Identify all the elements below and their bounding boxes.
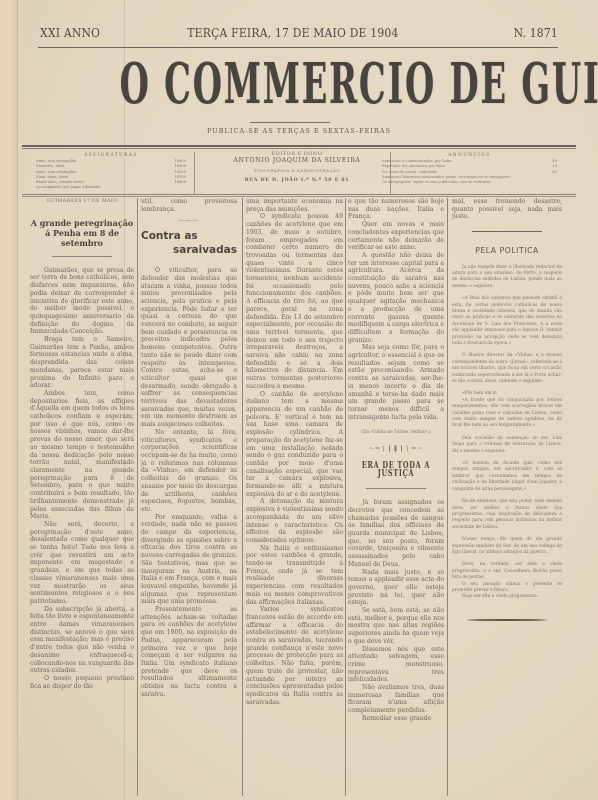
article-paragraph: O syndicato possue 49 canhões de acetyle… bbox=[246, 213, 343, 390]
masthead-rule bbox=[250, 122, 330, 123]
article-paragraph: Da subscripção já aberta, a feita tão li… bbox=[30, 606, 134, 675]
article-paragraph: Não avaliamos tres, duas numerosas famil… bbox=[348, 684, 444, 715]
article-paragraph: Hoje ser elle o chefe progressista. bbox=[452, 594, 562, 600]
article-paragraph: O viticultor, para se defender das moles… bbox=[141, 267, 237, 429]
headline-line-1: Contra as bbox=[141, 229, 237, 243]
article-paragraph: e que tão numerosos são hoje nas duas na… bbox=[348, 198, 444, 221]
article-continuation: util, como proveitosa lembrança. bbox=[141, 198, 237, 213]
dateline: GUIMARÃES 17 DE MAIO bbox=[30, 198, 134, 206]
info-rule-thin bbox=[22, 196, 576, 197]
article-paragraph: O canhão de acetylene italiano tem a mes… bbox=[246, 391, 343, 499]
editor-box: EDITOR E DONO ANTONIO JOAQUIM DA SILVEIR… bbox=[212, 152, 382, 183]
column-2: util, como proveitosa lembrança. ——— Con… bbox=[141, 198, 237, 798]
article-paragraph: A questão não deixa de ter um interesse … bbox=[348, 252, 444, 344]
article-paragraph: Mas seja como fôr, para o agricultor, o … bbox=[348, 344, 444, 421]
article-paragraph: Remediar esse grande bbox=[348, 715, 444, 723]
article-paragraph: Por emquanto, valha a verdade, nada não … bbox=[141, 514, 237, 606]
article-paragraph: «A Real não sabemos que piedade christã … bbox=[452, 296, 562, 347]
office-address: RUA DE D. JOÃO I.º N.º 59 E 61 bbox=[212, 178, 382, 183]
article-paragraph: No entanto, lá fóra, viticultores, syndi… bbox=[141, 429, 237, 514]
article-paragraph: Na Italia o enthusiasmo por estes canhõe… bbox=[246, 545, 343, 607]
article-paragraph: Não será, decerto, a peregrinação d'este… bbox=[30, 521, 134, 606]
headline-rule bbox=[52, 256, 112, 257]
article-paragraph: Pela occasião da nomeação do snr. Luiz V… bbox=[452, 436, 562, 455]
closing-flourish bbox=[467, 619, 547, 621]
article-paragraph: Já foram assignados os decretos que conc… bbox=[348, 499, 444, 568]
article-paragraph: Dissemos nós que este attentado selvagem… bbox=[348, 646, 444, 685]
article-paragraph: N'esse tempo, diz quem do em grande expr… bbox=[452, 537, 562, 556]
issue-number: N. 1871 bbox=[514, 26, 558, 40]
column-4: e que tão numerosos são hoje nas duas na… bbox=[348, 198, 444, 798]
article-paragraph: A detonação da mistura explosiva é viole… bbox=[246, 498, 343, 544]
article-source: (Da «Vinha de Torres Vedras».) bbox=[348, 429, 444, 437]
section-ornament: ~=❘❙❚❙❘=~ bbox=[348, 445, 444, 453]
article-headline-saraivadas: Contra as saraivadas bbox=[141, 229, 237, 257]
subscription-price: 1$600 bbox=[175, 180, 186, 185]
article-paragraph: Guimarães, que se presa de ser terra de … bbox=[30, 267, 134, 336]
article-paragraph: «A fronte que foi conquistada por nobres… bbox=[452, 398, 562, 430]
column-3: uma importante economia na preça das mun… bbox=[246, 198, 343, 798]
article-paragraph: Braga tem o Sameiro, Guimarães tem a Pen… bbox=[30, 336, 134, 390]
ad-rate-price: 60 bbox=[552, 170, 557, 175]
section-rule bbox=[472, 231, 542, 232]
article-paragraph: «O homem da Alcaide quiz, como nos tempo… bbox=[452, 461, 562, 493]
header-topline: XXI ANNO TERÇA FEIRA, 17 DE MAIO DE 1904… bbox=[40, 26, 558, 40]
typography-label: TYPOGRAPHIA E ADMINISTRAÇÃO bbox=[212, 168, 382, 173]
article-headline-politica: PELA POLITICA bbox=[452, 248, 562, 254]
issue-date: TERÇA FEIRA, 17 DE MAIO DE 1904 bbox=[187, 26, 398, 40]
headline-rule bbox=[366, 488, 426, 489]
headline-line-2: saraivadas bbox=[141, 243, 237, 257]
masthead-double-rule-thin bbox=[22, 148, 576, 149]
section-ornament: ——— bbox=[141, 217, 237, 225]
ads-box: ANNUNCIOS Annuncios e communicados, por … bbox=[382, 152, 557, 185]
article-paragraph: O illustre director da «Vinha» e o mesmo… bbox=[452, 353, 562, 385]
header-rule bbox=[38, 47, 558, 48]
column-1: GUIMARÃES 17 DE MAIO A grande peregrinaç… bbox=[30, 198, 134, 798]
subscriptions-note: Ao assignante que pagar adiantado bbox=[36, 185, 186, 190]
article-continuation: mal, esse tremendo desastre, quanto poss… bbox=[452, 198, 562, 221]
column-rule bbox=[447, 198, 448, 796]
info-bar: ASSIGNATURAS Anno, sem estampilha1$600 S… bbox=[22, 152, 576, 198]
column-5: mal, esse tremendo desastre, quanto poss… bbox=[452, 198, 562, 798]
subscriptions-box: ASSIGNATURAS Anno, sem estampilha1$600 S… bbox=[36, 152, 186, 190]
article-paragraph: Ambos tem, como depositarios fieis, as e… bbox=[30, 390, 134, 521]
article-paragraph: Ja não traspõe dizer a illustrado redact… bbox=[452, 265, 562, 291]
masthead-subtitle: PUBLICA-SE AS TERÇAS E SEXTAS-FEIRAS bbox=[0, 127, 598, 135]
article-paragraph: Ha-de entender que não poder, nem mesmo … bbox=[452, 499, 562, 531]
column-rule bbox=[242, 198, 243, 796]
info-rule bbox=[22, 194, 576, 195]
article-paragraph: Se está, bem está; se não está, melhor é… bbox=[348, 607, 444, 646]
article-paragraph: uma importante economia na preça das mun… bbox=[246, 198, 343, 213]
article-paragraph: O nosso pequeno prestimo fica ao dispor … bbox=[30, 675, 134, 690]
info-separator bbox=[194, 152, 195, 194]
article-paragraph: O seu passado alumia o presente se prome… bbox=[452, 582, 562, 595]
article-paragraph: Presentemente as attenções acham-se volt… bbox=[141, 606, 237, 698]
page-edge bbox=[0, 0, 18, 800]
masthead-title: O COMMERCIO DE GUIMARÃES bbox=[120, 52, 479, 116]
column-rule bbox=[137, 198, 138, 796]
editor-name: ANTONIO JOAQUIM DA SILVEIRA bbox=[212, 158, 382, 163]
article-paragraph: Quer em novas e mais concludentes experi… bbox=[348, 221, 444, 252]
masthead-double-rule bbox=[22, 145, 576, 147]
article-paragraph: Deve, na verdade, ser este o chefe progr… bbox=[452, 562, 562, 581]
article-paragraph: Nada mais justo, e só temos a applaudir … bbox=[348, 569, 444, 608]
volume-year: XXI ANNO bbox=[40, 26, 100, 40]
article-headline-peregrinacao: A grande peregrinação á Penha em 8 de se… bbox=[30, 218, 134, 248]
ads-title: ANNUNCIOS bbox=[382, 152, 557, 157]
article-headline-justica: ERA DE TODA A JUSTIÇA bbox=[361, 463, 430, 478]
column-rule bbox=[345, 198, 346, 796]
ads-note: Os autographos, sejam ou não publicados,… bbox=[382, 180, 557, 185]
subscriptions-title: ASSIGNATURAS bbox=[36, 152, 186, 157]
article-paragraph: Varios syndicatos francezes estão de acc… bbox=[246, 606, 343, 706]
